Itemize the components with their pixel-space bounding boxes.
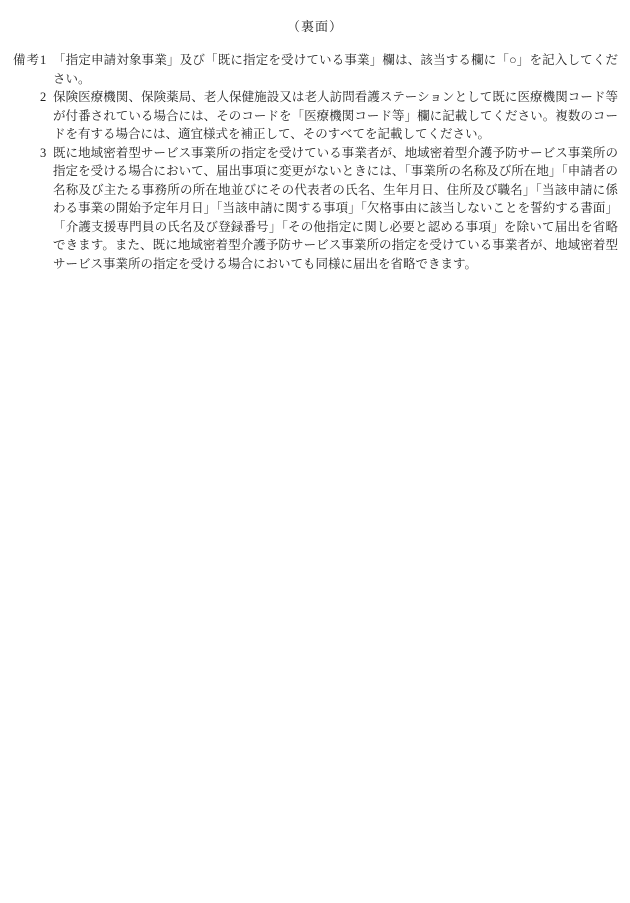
remarks-item-number: 3 [40,144,46,163]
remarks-item-1: 1「指定申請対象事業」及び「既に指定を受けている事業」欄は、該当する欄に「○」を… [40,51,618,88]
remarks-item-text: 「指定申請対象事業」及び「既に指定を受けている事業」欄は、該当する欄に「○」を記… [53,53,618,86]
remarks-item-text: 既に地域密着型サービス事業所の指定を受けている事業者が、地域密着型介護予防サービ… [53,146,618,271]
remarks-section: 備考 1「指定申請対象事業」及び「既に指定を受けている事業」欄は、該当する欄に「… [13,51,618,273]
remarks-item-number: 1 [40,51,46,70]
document-page: （裏面） 備考 1「指定申請対象事業」及び「既に指定を受けている事業」欄は、該当… [0,0,630,903]
remarks-label: 備考 [13,51,40,70]
remarks-item-number: 2 [40,88,46,107]
remarks-item-3: 3既に地域密着型サービス事業所の指定を受けている事業者が、地域密着型介護予防サー… [40,144,618,274]
page-side-label: （裏面） [0,16,630,35]
remarks-list: 1「指定申請対象事業」及び「既に指定を受けている事業」欄は、該当する欄に「○」を… [40,51,618,273]
remarks-item-text: 保険医療機関、保険薬局、老人保健施設又は老人訪問看護ステーションとして既に医療機… [53,90,618,141]
remarks-item-2: 2保険医療機関、保険薬局、老人保健施設又は老人訪問看護ステーションとして既に医療… [40,88,618,144]
